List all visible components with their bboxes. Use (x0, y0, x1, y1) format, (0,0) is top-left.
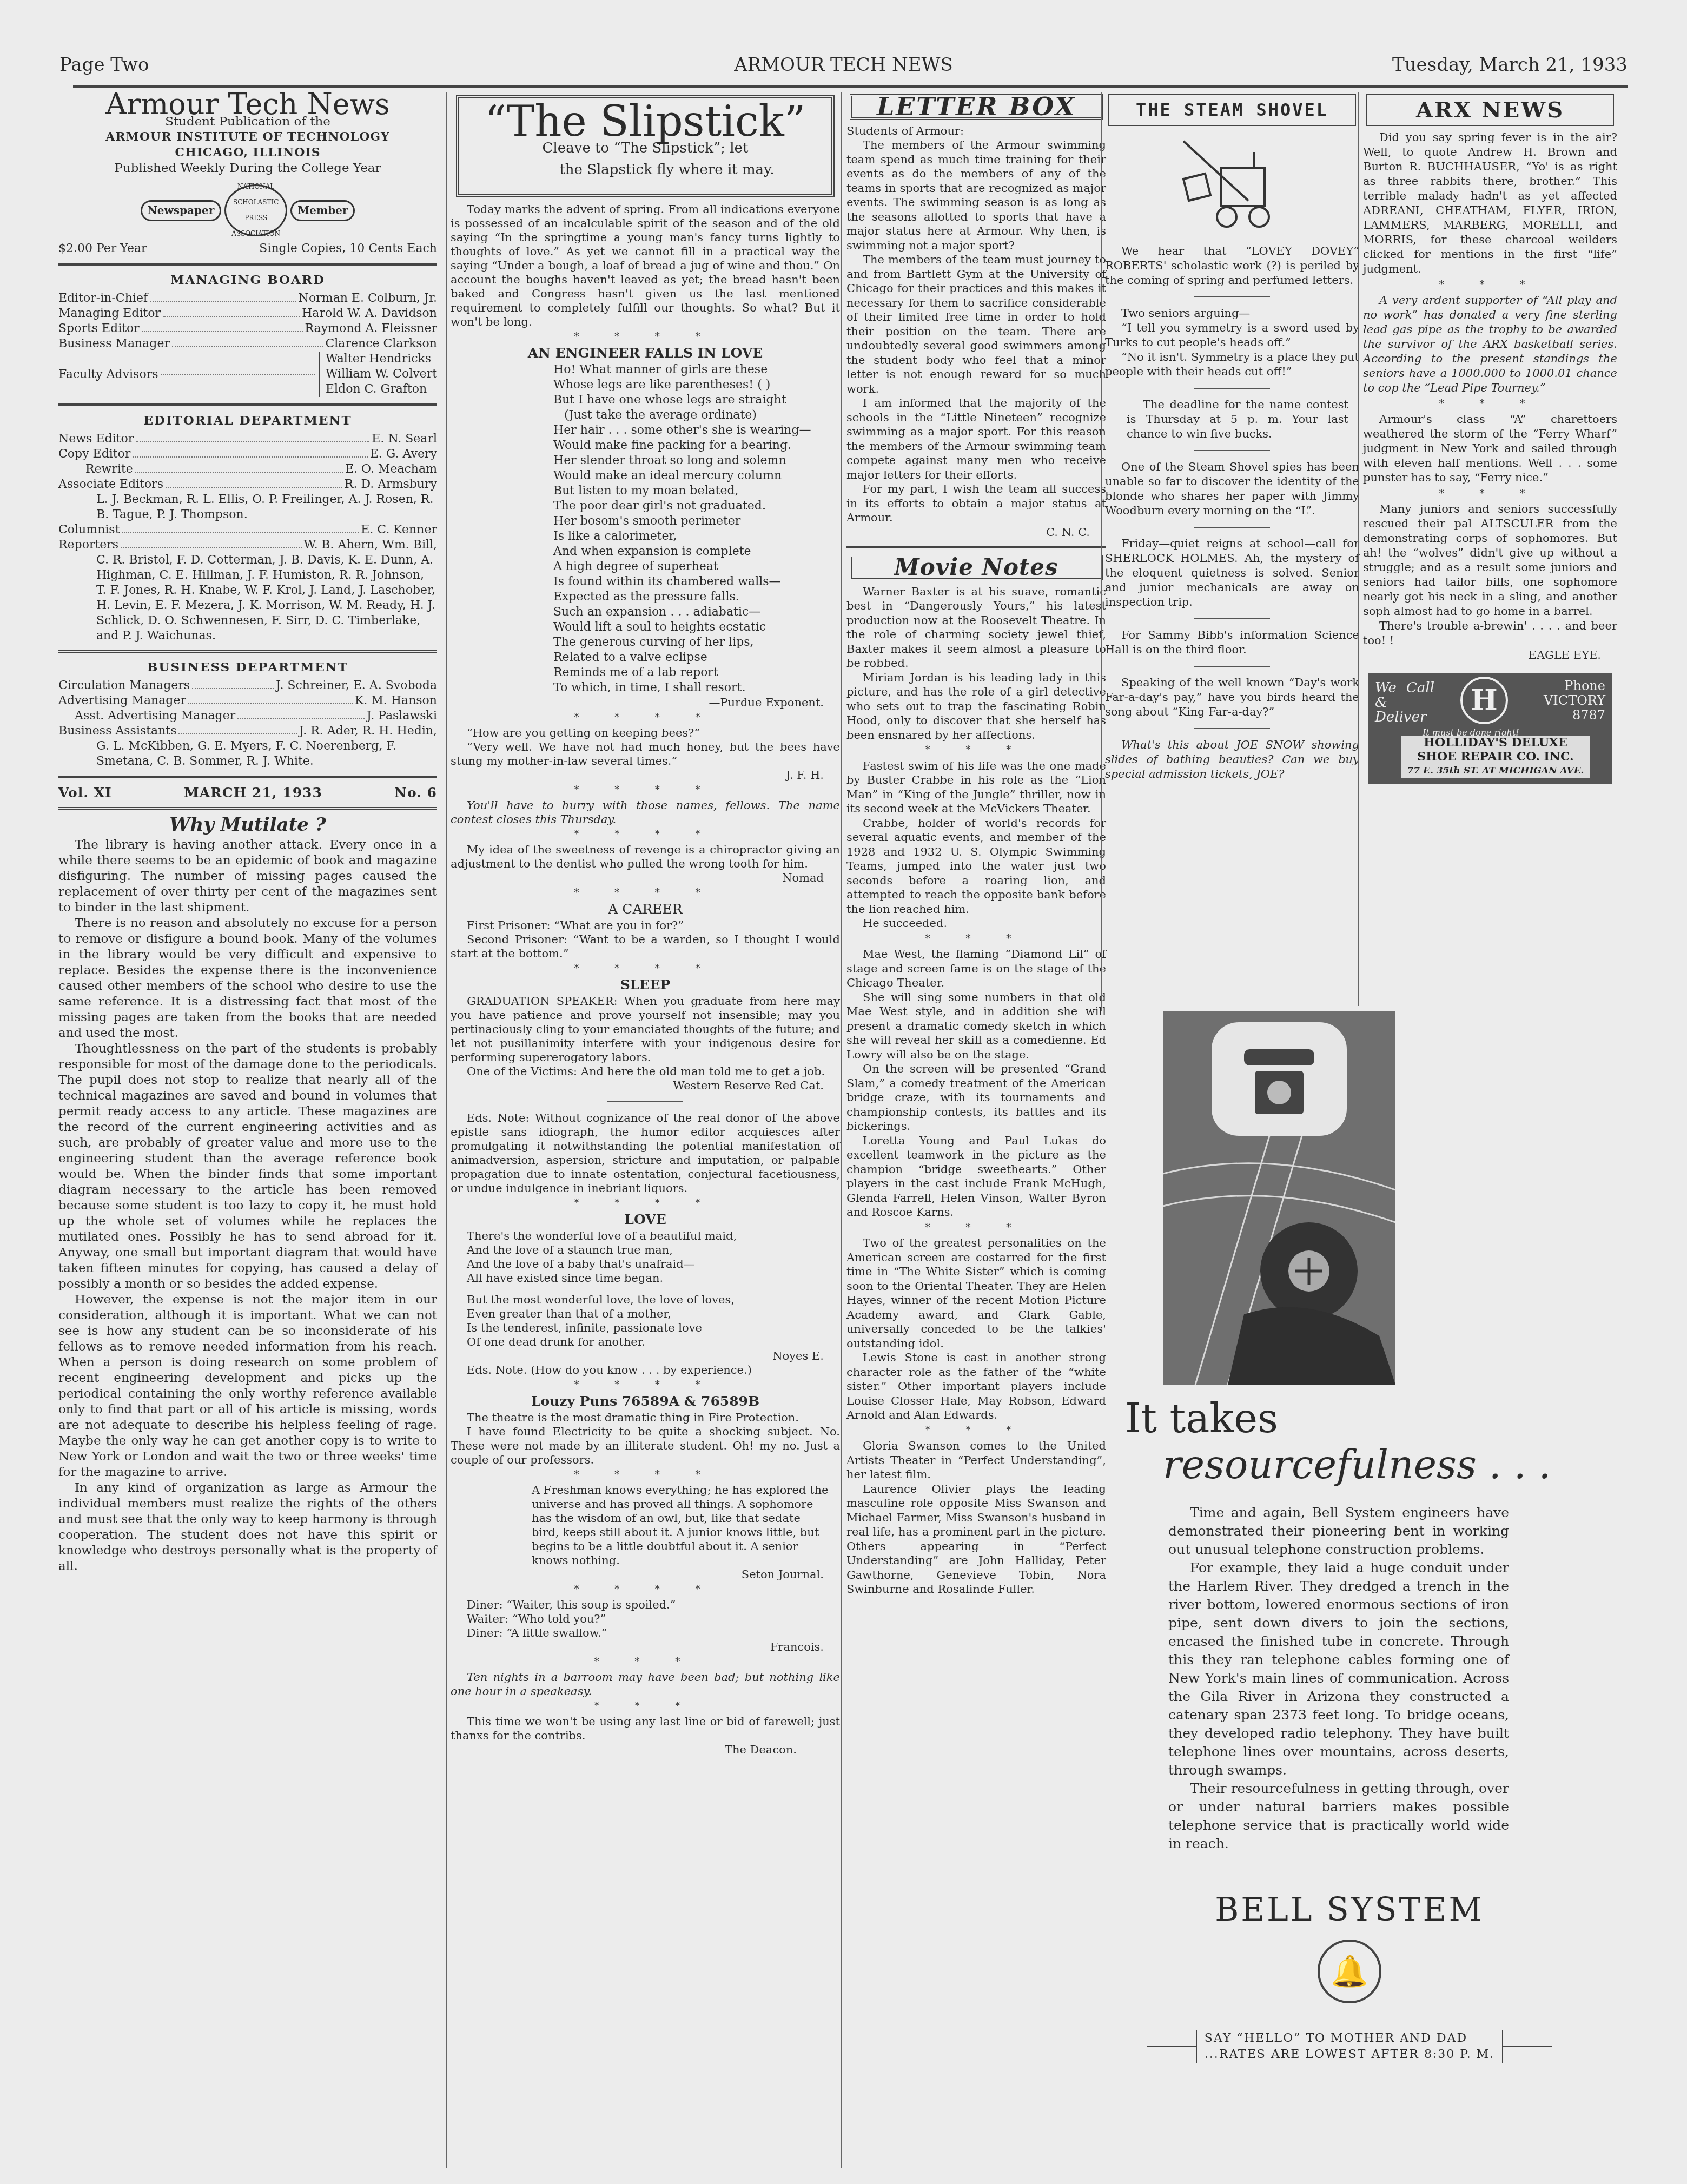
issue-number: No. 6 (394, 785, 437, 800)
badge-left: Newspaper (141, 200, 222, 221)
column-masthead-editorial: Armour Tech News Student Publication of … (58, 92, 437, 2168)
divider (58, 776, 437, 778)
divider (58, 650, 437, 653)
issue-date-line: MARCH 21, 1933 (184, 785, 322, 800)
press-association-badge: Newspaper NATIONAL SCHOLASTIC PRESS ASSO… (58, 184, 437, 236)
masthead: Armour Tech News Student Publication of … (58, 96, 437, 256)
staff-row: ColumnistE. C. Kenner (58, 522, 437, 538)
staff-row: Circulation ManagersJ. Schreiner, E. A. … (58, 678, 437, 693)
poem-engineer: Ho! What manner of girls are theseWhose … (451, 362, 840, 696)
managing-board-heading: MANAGING BOARD (58, 272, 437, 288)
bell-logo-icon: 🔔 (1318, 1940, 1381, 2003)
reporters-list: C. R. Bristol, F. D. Cotterman, J. B. Da… (58, 553, 437, 644)
page-folio: Page Two ARMOUR TECH NEWS Tuesday, March… (59, 54, 1628, 81)
editorial-body: The library is having another attack. Ev… (58, 837, 437, 1574)
editorial-dept-heading: EDITORIAL DEPARTMENT (58, 413, 437, 428)
price-year: $2.00 Per Year (58, 241, 147, 256)
poem-title: AN ENGINEER FALLS IN LOVE (451, 346, 840, 360)
issue-line: Vol. XI MARCH 21, 1933 No. 6 (58, 785, 437, 800)
bell-system-ad: It takes resourcefulness . . . Time and … (1125, 1011, 1574, 2158)
business-assistants-list: G. L. McKibben, G. E. Myers, F. C. Noere… (58, 739, 437, 769)
staff-row: Sports EditorRaymond A. Fleissner (58, 321, 437, 336)
staff-row: Associate EditorsR. D. Armsbury (58, 477, 437, 492)
masthead-frequency: Published Weekly During the College Year (58, 161, 437, 176)
masthead-institute: ARMOUR INSTITUTE OF TECHNOLOGY (58, 129, 437, 145)
staff-row: Advertising ManagerK. M. Hanson (58, 693, 437, 709)
letter-box-header: LETTER BOX (850, 94, 1103, 120)
staff-row: Managing EditorHarold W. A. Davidson (58, 306, 437, 321)
ad-body: Time and again, Bell System engineers ha… (1125, 1504, 1509, 1853)
arx-news-header: ARX NEWS (1366, 94, 1614, 126)
staff-row: RewriteE. O. Meacham (58, 462, 437, 477)
badge-right: Member (290, 200, 355, 221)
column-arx-news: ARX NEWS Did you say spring fever is in … (1358, 92, 1617, 1006)
staff-row: Copy EditorE. G. Avery (58, 447, 437, 462)
ad-headline: It takes (1125, 1395, 1574, 1442)
holliday-logo-icon: H (1460, 677, 1508, 724)
volume: Vol. XI (58, 785, 112, 800)
diver-telephone-illustration (1163, 1011, 1395, 1385)
divider (58, 263, 437, 266)
movie-notes-header: Movie Notes (850, 555, 1103, 580)
steam-shovel-header: THE STEAM SHOVEL (1108, 94, 1356, 126)
column-slipstick: “The Slipstick” Cleave to “The Slipstick… (446, 92, 840, 2168)
price-single: Single Copies, 10 Cents Each (259, 241, 437, 256)
divider (58, 807, 437, 810)
column-letters-movies: LETTER BOX Students of Armour: The membe… (841, 92, 1106, 2168)
column-steam-shovel: THE STEAM SHOVEL We hear that “LOVEY DOV… (1101, 92, 1359, 1011)
ad-tagline: SAY “HELLO” TO MOTHER AND DAD...RATES AR… (1125, 2030, 1574, 2063)
editorial-title: Why Mutilate ? (58, 817, 437, 833)
business-dept-heading: BUSINESS DEPARTMENT (58, 659, 437, 675)
poem-love: There's the wonderful love of a beautifu… (451, 1229, 840, 1349)
divider (58, 403, 437, 406)
masthead-title: Armour Tech News (58, 96, 437, 112)
slipstick-title: “The Slipstick” (465, 115, 826, 129)
faculty-advisors: Faculty Advisors Walter Hendricks Willia… (58, 352, 437, 397)
ad-subheadline: resourcefulness . . . (1163, 1442, 1574, 1487)
press-seal-icon: NATIONAL SCHOLASTIC PRESS ASSOCIATION (224, 184, 287, 236)
issue-date: Tuesday, March 21, 1933 (1392, 54, 1628, 76)
associate-editors-list: L. J. Beckman, R. L. Ellis, O. P. Freili… (58, 492, 437, 522)
bell-system-signature: BELL SYSTEM (1125, 1891, 1574, 1929)
staff-row: News EditorE. N. Searl (58, 432, 437, 447)
prices: $2.00 Per Year Single Copies, 10 Cents E… (58, 241, 437, 256)
staff-row: Business AssistantsJ. R. Ader, R. H. Hed… (58, 724, 437, 739)
masthead-city: CHICAGO, ILLINOIS (58, 145, 437, 161)
holliday-shoe-repair-ad: We Call & Deliver H Phone VICTORY 8787 I… (1368, 673, 1612, 784)
staff-row: Asst. Advertising ManagerJ. Paslawski (58, 709, 437, 724)
steam-shovel-icon (1105, 130, 1359, 244)
staff-row: Editor-in-ChiefNorman E. Colburn, Jr. (58, 291, 437, 306)
slipstick-header: “The Slipstick” Cleave to “The Slipstick… (456, 95, 835, 197)
staff-row: ReportersW. B. Ahern, Wm. Bill, (58, 538, 437, 553)
staff-row: Business ManagerClarence Clarkson (58, 336, 437, 352)
